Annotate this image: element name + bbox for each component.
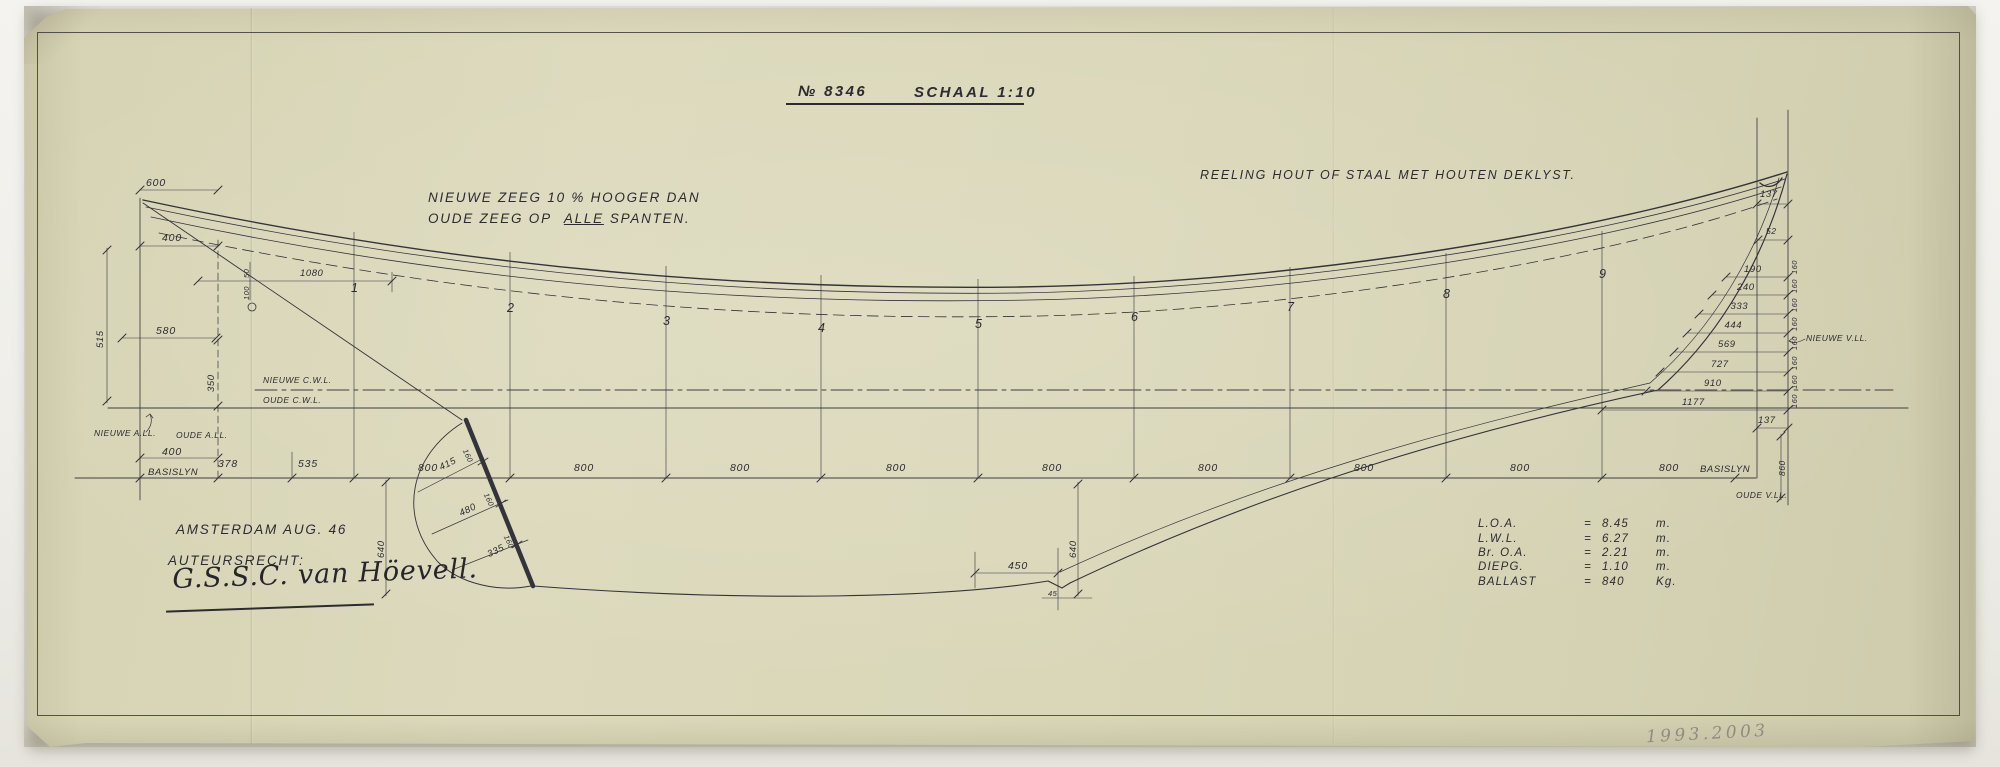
station-label: 3 <box>663 315 671 328</box>
stem-offset-label: 727 <box>1711 360 1729 370</box>
title-underline <box>786 103 1024 105</box>
spec-value: 840 <box>1602 576 1656 588</box>
scale-tick-label: 160 <box>1791 394 1799 408</box>
railing-note: REELING HOUT OF STAAL MET HOUTEN DEKLYST… <box>1200 169 1576 182</box>
spec-row: L.W.L.=6.27m. <box>1478 531 1677 545</box>
label-nieuwe-vll: NIEUWE V.LL. <box>1806 334 1868 343</box>
scale-tick-label: 160 <box>1791 336 1799 350</box>
stem-offset-label: 190 <box>1744 265 1762 275</box>
sheer-note-line1: NIEUWE ZEEG 10 % HOOGER DAN <box>428 191 700 205</box>
reference-lines <box>75 390 1908 478</box>
scale-tick-label: 160 <box>1791 298 1799 312</box>
stem-offset-label: 1177 <box>1682 398 1705 408</box>
baseline-spacing-label: 800 <box>1198 463 1218 474</box>
label-oude-cwl: OUDE C.W.L. <box>263 396 321 405</box>
dim-keel-640: 640 <box>377 540 387 558</box>
baseline-spacing-label: 800 <box>1510 463 1530 474</box>
station-label: 2 <box>507 302 515 315</box>
baseline-spacing-label: 800 <box>1659 463 1679 474</box>
scale-tick-label: 160 <box>1791 356 1799 370</box>
scale-tick-label: 160 <box>1791 260 1799 274</box>
spec-separator: = <box>1574 533 1602 545</box>
spec-row: L.O.A.=8.45m. <box>1478 517 1677 531</box>
spec-value: 8.45 <box>1602 518 1656 530</box>
dim-bow-137-bottom: 137 <box>1758 416 1776 426</box>
station-label: 8 <box>1443 288 1451 301</box>
scale-tick-label: 160 <box>1791 317 1799 331</box>
dim-bow-137-top: 137 <box>1760 190 1778 200</box>
label-oude-all: OUDE A.LL. <box>176 431 228 440</box>
spec-value: 2.21 <box>1602 547 1656 559</box>
spec-label: DIEPG. <box>1478 561 1574 573</box>
station-label: 1 <box>351 282 359 295</box>
spec-row: DIEPG.=1.10m. <box>1478 560 1677 574</box>
baseline-spacing-label: 800 <box>1042 463 1062 474</box>
sheer-note-line2-emphasis: ALLE <box>564 211 604 226</box>
spec-label: L.O.A. <box>1478 518 1574 530</box>
dim-deck-50: 50 <box>243 269 251 278</box>
stem-offset-label: 910 <box>1704 379 1722 389</box>
spec-separator: = <box>1574 518 1602 530</box>
dim-heel-640: 640 <box>1069 540 1079 558</box>
baseline-spacing-label: 800 <box>418 463 438 474</box>
label-oude-vll: OUDE V.LL. <box>1736 491 1787 500</box>
dim-deck-1080: 1080 <box>300 269 323 279</box>
spec-separator: = <box>1574 547 1602 559</box>
station-lines <box>354 231 1602 478</box>
sheer-note-line2-prefix: OUDE ZEEG OP <box>428 211 552 226</box>
label-basislyn-right: BASISLYN <box>1700 465 1750 475</box>
drawing-scale: SCHAAL 1:10 <box>914 85 1037 100</box>
station-label: 6 <box>1131 311 1139 324</box>
station-label: 7 <box>1287 301 1295 314</box>
dim-bow-860: 860 <box>1778 460 1787 476</box>
stem-offset-label: 333 <box>1731 302 1749 312</box>
spec-separator: = <box>1574 576 1602 588</box>
station-label: 5 <box>975 318 983 331</box>
drawing-number: № 8346 <box>798 84 867 99</box>
scanned-drawing-photo: № 8346 SCHAAL 1:10 NIEUWE ZEEG 10 % HOOG… <box>0 0 2000 767</box>
stem-offset-label: 240 <box>1737 283 1755 293</box>
spec-row: Br. O.A.=2.21m. <box>1478 546 1677 560</box>
stem-offset-label: 444 <box>1725 321 1743 331</box>
dim-base-400: 400 <box>162 447 182 458</box>
label-nieuwe-all: NIEUWE A.LL. <box>94 429 156 438</box>
dim-heel-450: 450 <box>1008 561 1028 572</box>
dim-base-378: 378 <box>218 459 238 470</box>
sheer-note-line2: OUDE ZEEG OPALLESPANTEN. <box>428 212 690 226</box>
baseline-spacing-label: 800 <box>730 463 750 474</box>
baseline-spacing-label: 800 <box>1354 463 1374 474</box>
label-basislyn-left: BASISLYN <box>148 468 198 478</box>
spec-unit: m. <box>1656 518 1671 530</box>
station-label: 9 <box>1599 268 1607 281</box>
spec-unit: m. <box>1656 533 1671 545</box>
dim-stern-580: 580 <box>156 326 176 337</box>
spec-value: 1.10 <box>1602 561 1656 573</box>
spec-unit: Kg. <box>1656 576 1677 588</box>
label-nieuwe-cwl: NIEUWE C.W.L. <box>263 376 332 385</box>
spec-separator: = <box>1574 561 1602 573</box>
specs-table: L.O.A.=8.45m.L.W.L.=6.27m.Br. O.A.=2.21m… <box>1478 517 1677 589</box>
spec-unit: m. <box>1656 547 1671 559</box>
place-date: AMSTERDAM AUG. 46 <box>176 523 347 537</box>
spec-label: Br. O.A. <box>1478 547 1574 559</box>
scale-tick-label: 160 <box>1791 279 1799 293</box>
spec-row: BALLAST=840Kg. <box>1478 575 1677 589</box>
dim-stern-350: 350 <box>207 374 217 392</box>
stem-offset-label: 569 <box>1718 340 1736 350</box>
spec-value: 6.27 <box>1602 533 1656 545</box>
spec-unit: m. <box>1656 561 1671 573</box>
station-label: 4 <box>818 322 826 335</box>
scale-tick-label: 160 <box>1791 375 1799 389</box>
dim-stern-515: 515 <box>96 330 106 348</box>
dim-stern-overhang: 600 <box>146 178 166 189</box>
baseline-spacing-label: 800 <box>574 463 594 474</box>
baseline-spacing-label: 800 <box>886 463 906 474</box>
dim-stern-400: 400 <box>162 233 182 244</box>
dim-base-535: 535 <box>298 459 318 470</box>
spec-label: BALLAST <box>1478 576 1574 588</box>
dim-heel-45: 45 <box>1048 590 1057 598</box>
dim-deck-100: 100 <box>243 286 251 300</box>
spec-label: L.W.L. <box>1478 533 1574 545</box>
sheer-note-line2-suffix: SPANTEN. <box>610 211 691 226</box>
dim-bow-52: 52 <box>1766 227 1776 236</box>
